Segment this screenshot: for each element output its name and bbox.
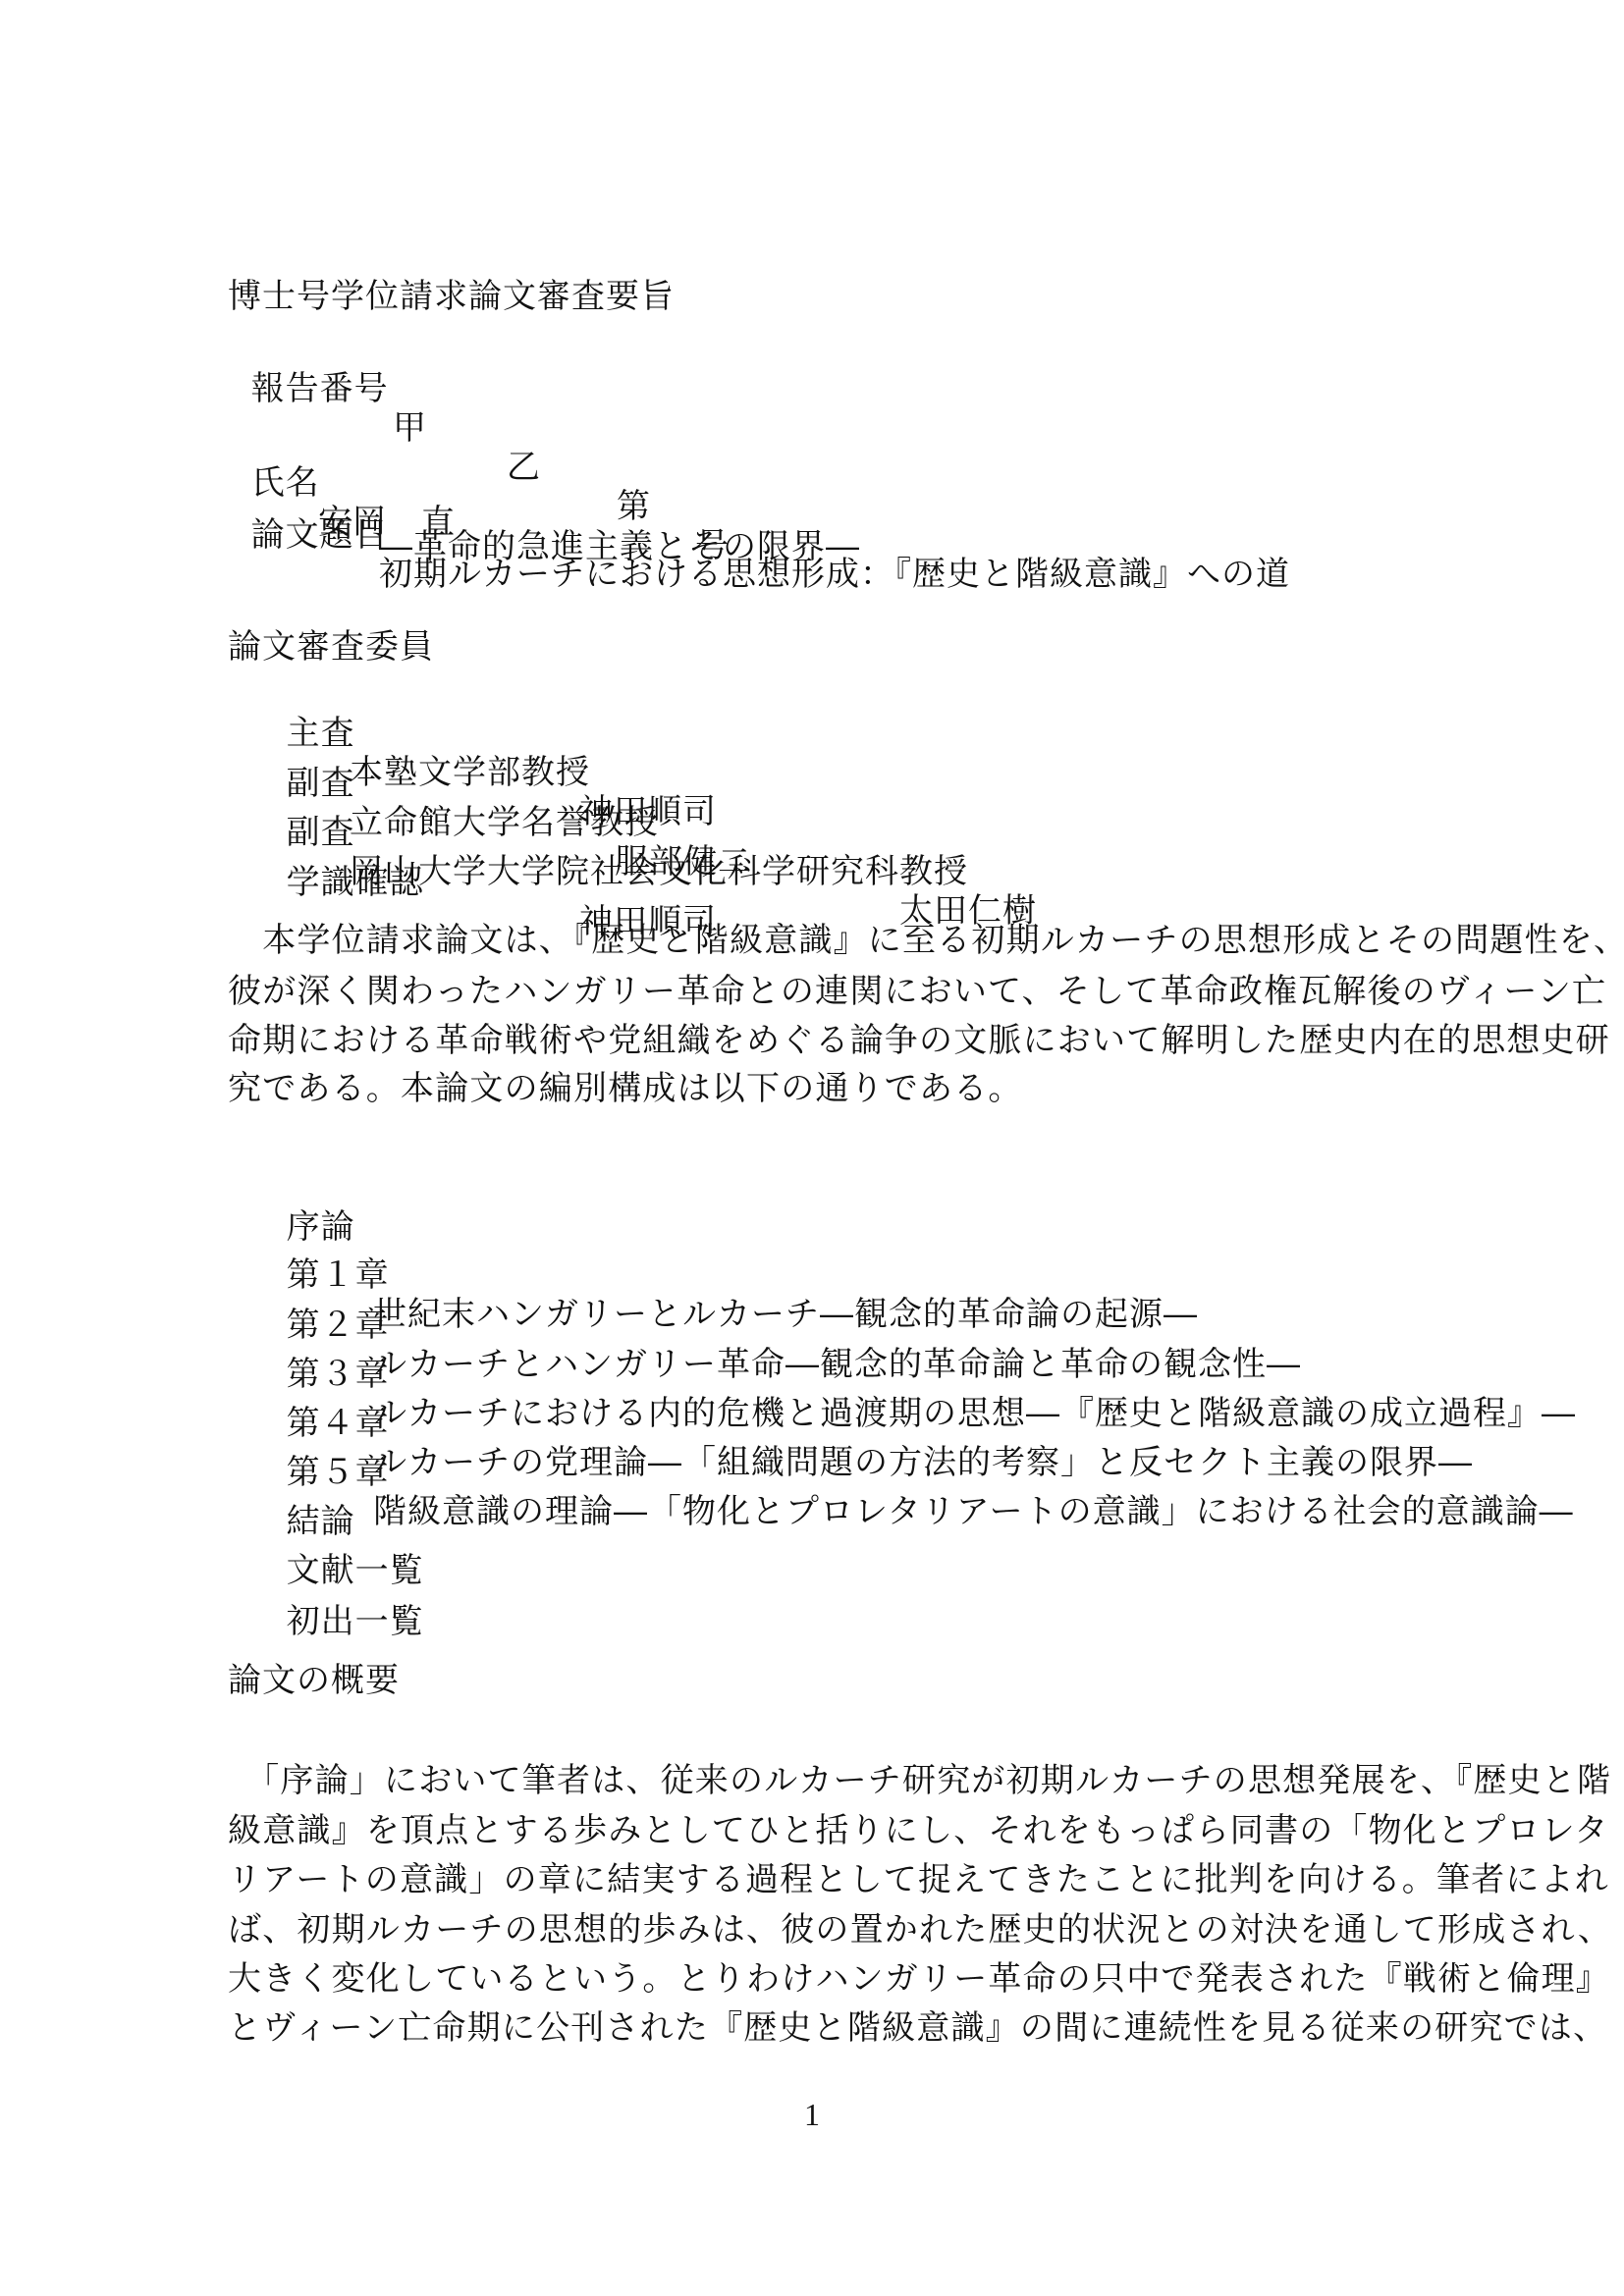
committee-heading: 論文審査委員 [228,627,434,667]
committee-affiliation: 本塾文学部教授 [350,753,590,792]
summary-paragraph-line: リアートの意識」の章に結実する過程として捉えてきたことに批判を向ける。筆者によれ [228,1860,1609,1899]
report-number-label: 報告番号 [251,369,389,408]
report-dai: 第 [617,487,651,526]
toc-title: ルカーチの党理論―「組織問題の方法的考察」と反セクト主義の限界― [373,1443,1473,1482]
toc-item-first-publications: 初出一覧 [263,1563,424,1641]
thesis-title-label: 論文題目 [251,515,389,555]
thesis-title-line: 論文題目 初期ルカーチにおける思想形成：『歴史と階級意識』への道 [228,476,389,594]
toc-label: 初出一覧 [287,1602,424,1641]
summary-paragraph-line: ば、初期ルカーチの思想的歩みは、彼の置かれた歴史的状況との対決を通して形成され、 [228,1910,1612,1949]
intro-paragraph-line: 命期における革命戦術や党組織をめぐる論争の文脈において解明した歴史内在的思想史研 [228,1021,1610,1060]
document-title: 博士号学位請求論文審査要旨 [228,277,675,316]
summary-paragraph-line: 「序論」において筆者は、従来のルカーチ研究が初期ルカーチの思想発展を、『歴史と階 [228,1761,1611,1800]
toc-title: ルカーチとハンガリー革命―観念的革命論と革命の観念性― [373,1345,1301,1384]
report-otsu: 乙 [507,448,541,487]
toc-title: ルカーチにおける内的危機と過渡期の思想―『歴史と階級意識の成立過程』― [373,1394,1576,1433]
toc-title: 階級意識の理論―「物化とプロレタリアートの意識」における社会的意識論― [373,1492,1574,1531]
intro-paragraph-line: 究である。本論文の編別構成は以下の通りである。 [228,1069,1023,1108]
summary-paragraph-line: 大きく変化しているという。とりわけハンガリー革命の只中で発表された『戦術と倫理』 [228,1959,1610,1999]
summary-heading: 論文の概要 [228,1661,400,1700]
committee-role: 学識確認 [287,863,424,902]
committee-affiliation: 岡山大学大学院社会文化科学研究科教授 [350,852,968,891]
report-kou: 甲 [393,408,427,448]
intro-paragraph-line: 本学位請求論文は、『歴史と階級意識』に至る初期ルカーチの思想形成とその問題性を、 [228,921,1624,960]
summary-paragraph-line: 級意識』を頂点とする歩みとしてひと括りにし、それをもっぱら同書の「物化とプロレタ [228,1811,1609,1850]
intro-paragraph-line: 彼が深く関わったハンガリー革命との連関において、そして革命政権瓦解後のヴィーン亡 [228,972,1606,1011]
summary-paragraph-line: とヴィーン亡命期に公刊された『歴史と階級意識』の間に連続性を見る従来の研究では、 [228,2008,1607,2048]
page-number: 1 [0,2095,1624,2134]
thesis-subtitle: ―革命的急進主義とその限界― [379,527,860,566]
toc-title: 世紀末ハンガリーとルカーチ―観念的革命論の起源― [373,1295,1198,1334]
